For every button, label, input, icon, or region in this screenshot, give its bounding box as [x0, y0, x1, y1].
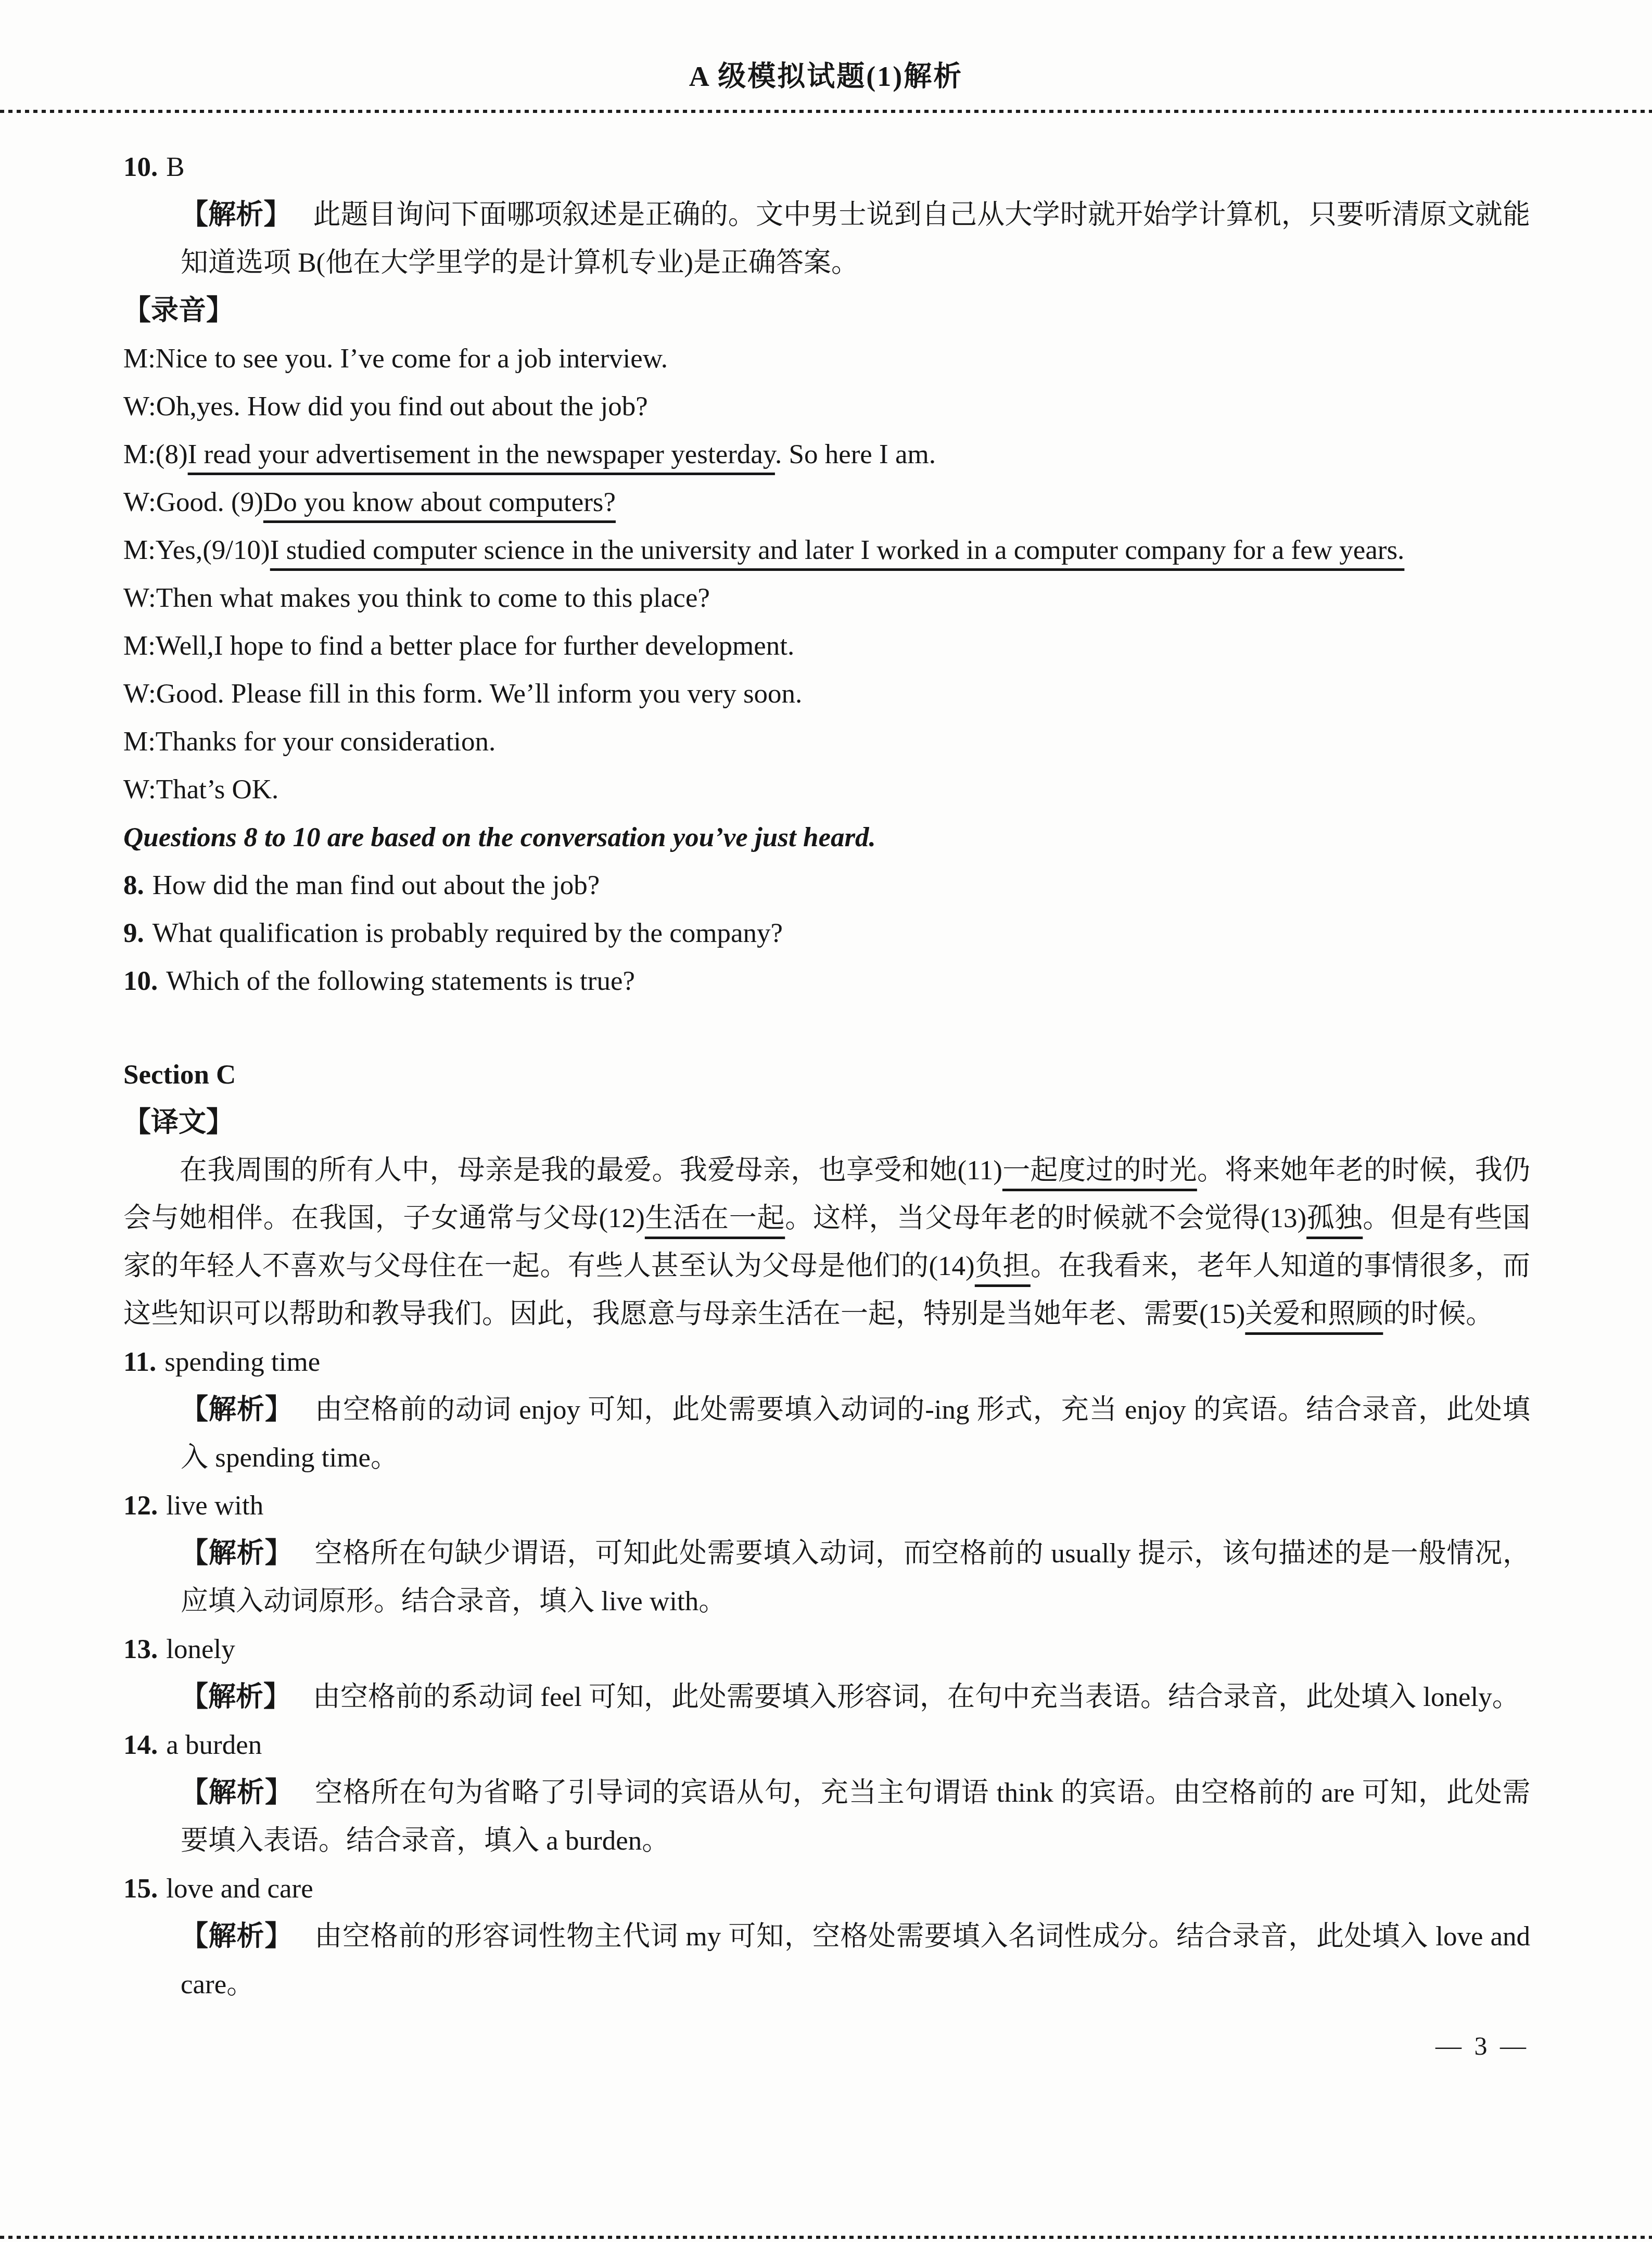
analysis-label: 【解析】: [181, 1778, 293, 1808]
dialogue-text: M:Yes,(9/10): [123, 535, 270, 565]
questions-intro: Questions 8 to 10 are based on the conve…: [123, 813, 1530, 861]
translation-underlined-answer: 关爱和照顾: [1245, 1299, 1383, 1329]
analysis-text: 空格所在句缺少谓语，可知此处需要填入动词，而空格前的 usually 提示，该句…: [181, 1538, 1530, 1616]
analysis-text: 此题目询问下面哪项叙述是正确的。文中男士说到自己从大学时就开始学计算机，只要听清…: [181, 200, 1530, 278]
dialogue-text: W:Good. Please fill in this form. We’ll …: [123, 679, 802, 709]
question-text: How did the man find out about the job?: [153, 870, 600, 900]
dialogue-text: . So here I am.: [775, 439, 936, 469]
analysis-text: 空格所在句为省略了引导词的宾语从句，充当主句谓语 think 的宾语。由空格前的…: [181, 1778, 1530, 1856]
analysis-text: 由空格前的形容词性物主代词 my 可知，空格处需要填入名词性成分。结合录音，此处…: [181, 1921, 1530, 1999]
answer-number: 14.: [123, 1730, 158, 1760]
dialogue-line: W:Then what makes you think to come to t…: [123, 574, 1530, 622]
dialogue-text: M:Nice to see you. I’ve come for a job i…: [123, 343, 668, 374]
question-10: 10.Which of the following statements is …: [123, 957, 1530, 1005]
translation-underlined-answer: 负担: [975, 1251, 1031, 1281]
analysis-item-13: 【解析】由空格前的系动词 feel 可知，此处需要填入形容词，在句中充当表语。结…: [181, 1673, 1530, 1721]
dialogue-line: W:Good. Please fill in this form. We’ll …: [123, 670, 1530, 718]
question-number: 8.: [123, 870, 144, 900]
dialogue-line: W:Oh,yes. How did you find out about the…: [123, 383, 1530, 430]
answer-item-13: 13.lonely: [123, 1625, 1530, 1673]
dialogue-text: M:Well,I hope to find a better place for…: [123, 631, 794, 661]
answer-number: 11.: [123, 1347, 156, 1377]
answer-number: 12.: [123, 1491, 158, 1521]
dialogue-line: M:Yes,(9/10)I studied computer science i…: [123, 526, 1530, 574]
answer-item-12: 12.live with: [123, 1482, 1530, 1530]
answer-item-14: 14.a burden: [123, 1721, 1530, 1769]
recording-label: 【录音】: [123, 287, 1530, 335]
answer-text: live with: [166, 1491, 263, 1521]
dialogue-text: W:Then what makes you think to come to t…: [123, 583, 710, 613]
dialogue-line: W:Good. (9)Do you know about computers?: [123, 478, 1530, 526]
answer-text: B: [166, 152, 184, 182]
answer-item-15: 15.love and care: [123, 1865, 1530, 1913]
translation-text: 的时候。: [1383, 1299, 1493, 1329]
analysis-item-12: 【解析】空格所在句缺少谓语，可知此处需要填入动词，而空格前的 usually 提…: [181, 1530, 1530, 1625]
analysis-text: 由空格前的动词 enjoy 可知，此处需要填入动词的-ing 形式，充当 enj…: [181, 1395, 1530, 1473]
question-text: What qualification is probably required …: [153, 918, 783, 948]
dialogue-line: M:(8)I read your advertisement in the ne…: [123, 430, 1530, 478]
question-number: 9.: [123, 918, 144, 948]
dialogue-underlined-text: I studied computer science in the univer…: [270, 535, 1405, 565]
analysis-label: 【解析】: [181, 200, 291, 230]
dialogue-text: M:(8): [123, 439, 188, 469]
translation-paragraph: 在我周围的所有人中，母亲是我的最爱。我爱母亲，也享受和她(11)一起度过的时光。…: [123, 1147, 1530, 1338]
answer-text: spending time: [164, 1347, 320, 1377]
page: A 级模拟试题(1)解析 10.B 【解析】此题目询问下面哪项叙述是正确的。文中…: [0, 54, 1652, 2070]
analysis-item-14: 【解析】空格所在句为省略了引导词的宾语从句，充当主句谓语 think 的宾语。由…: [181, 1769, 1530, 1865]
page-header-title: A 级模拟试题(1)解析: [0, 54, 1652, 94]
dialogue-underlined-text: I read your advertisement in the newspap…: [188, 439, 775, 469]
translation-label: 【译文】: [123, 1099, 1530, 1147]
analysis-label: 【解析】: [181, 1395, 293, 1425]
answer-item-10: 10.B: [123, 143, 1530, 191]
answer-text: lonely: [166, 1634, 235, 1664]
analysis-item-10: 【解析】此题目询问下面哪项叙述是正确的。文中男士说到自己从大学时就开始学计算机，…: [181, 191, 1530, 287]
answer-number: 15.: [123, 1874, 158, 1904]
analysis-item-11: 【解析】由空格前的动词 enjoy 可知，此处需要填入动词的-ing 形式，充当…: [181, 1386, 1530, 1482]
translation-underlined-answer: 生活在一起: [645, 1203, 785, 1233]
analysis-item-15: 【解析】由空格前的形容词性物主代词 my 可知，空格处需要填入名词性成分。结合录…: [181, 1913, 1530, 2008]
dialogue-line: W:That’s OK.: [123, 766, 1530, 813]
answer-item-11: 11.spending time: [123, 1338, 1530, 1386]
dialogue-text: M:Thanks for your consideration.: [123, 727, 495, 757]
dialogue-text: W:Good. (9): [123, 487, 263, 517]
analysis-label: 【解析】: [181, 1921, 293, 1952]
translation-underlined-answer: 一起度过的时光: [1002, 1155, 1197, 1186]
dialogue-text: W:That’s OK.: [123, 774, 278, 805]
analysis-text: 由空格前的系动词 feel 可知，此处需要填入形容词，在句中充当表语。结合录音，…: [313, 1682, 1520, 1712]
page-content: 10.B 【解析】此题目询问下面哪项叙述是正确的。文中男士说到自己从大学时就开始…: [0, 113, 1652, 2070]
page-number: — 3 —: [123, 2022, 1530, 2070]
analysis-label: 【解析】: [181, 1682, 291, 1712]
answer-number: 10.: [123, 152, 158, 182]
question-number: 10.: [123, 966, 158, 996]
question-8: 8.How did the man find out about the job…: [123, 861, 1530, 909]
translation-text: 在我周围的所有人中，母亲是我的最爱。我爱母亲，也享受和她(11): [180, 1155, 1002, 1186]
dialogue-text: W:Oh,yes. How did you find out about the…: [123, 391, 648, 422]
dialogue-line: M:Well,I hope to find a better place for…: [123, 622, 1530, 670]
dialogue-line: M:Nice to see you. I’ve come for a job i…: [123, 335, 1530, 383]
translation-underlined-answer: 孤独: [1306, 1203, 1363, 1233]
dialogue-underlined-text: Do you know about computers?: [263, 487, 616, 517]
section-c-heading: Section C: [123, 1051, 1530, 1099]
question-text: Which of the following statements is tru…: [166, 966, 635, 996]
answer-text: a burden: [166, 1730, 262, 1760]
answer-text: love and care: [166, 1874, 313, 1904]
dialogue-line: M:Thanks for your consideration.: [123, 718, 1530, 766]
answer-number: 13.: [123, 1634, 158, 1664]
translation-text: 。这样，当父母年老的时候就不会觉得(13): [785, 1203, 1306, 1233]
footer-divider-dotted-line: [0, 2236, 1652, 2239]
analysis-label: 【解析】: [181, 1538, 293, 1569]
question-9: 9.What qualification is probably require…: [123, 909, 1530, 957]
